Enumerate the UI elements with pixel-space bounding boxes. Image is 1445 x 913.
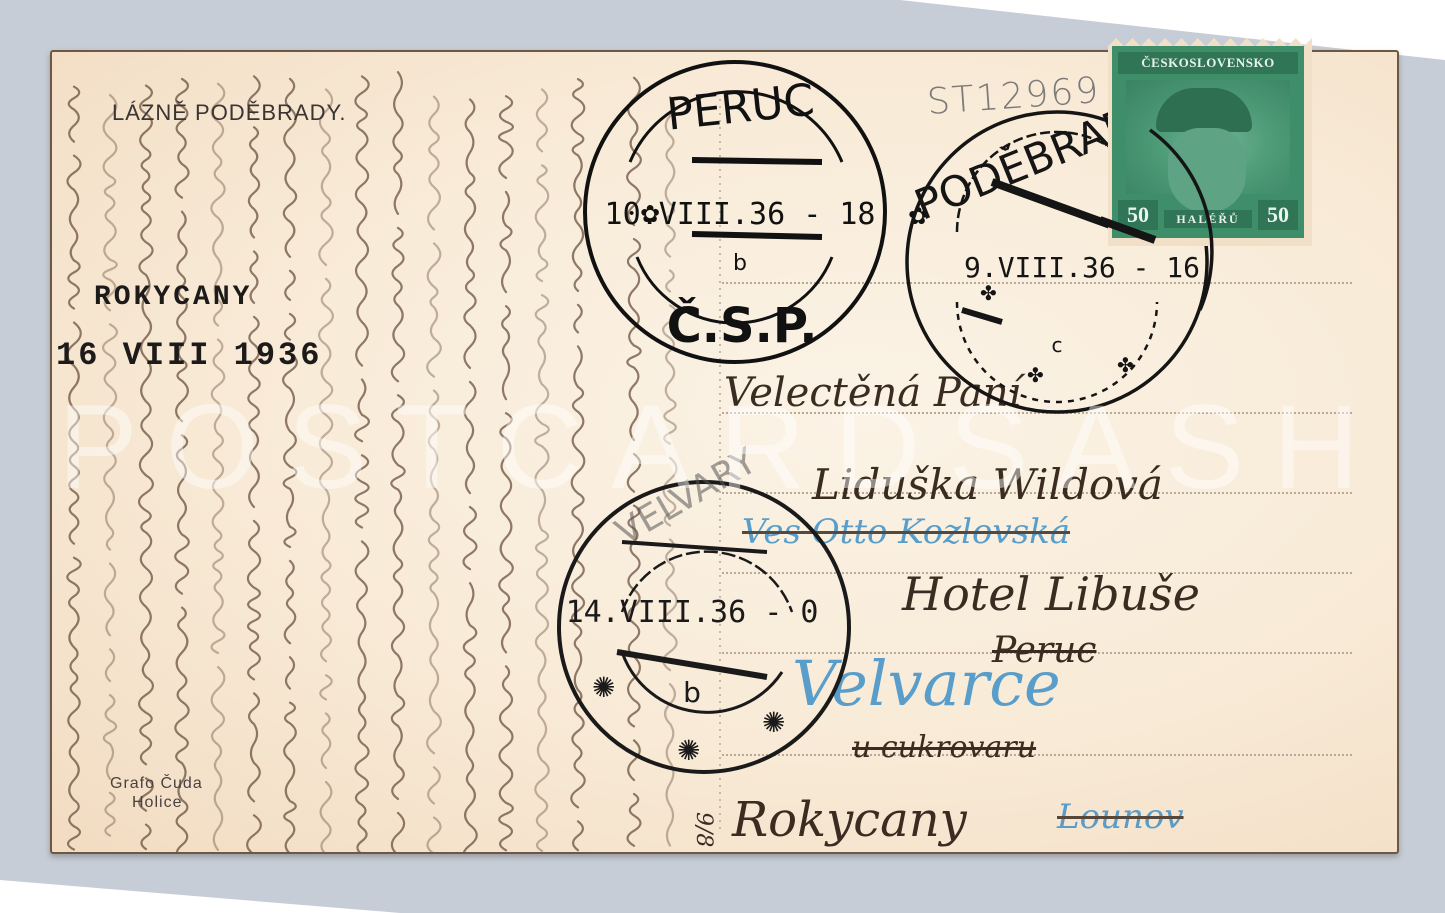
postage-stamp: ČESKOSLOVENSKO 50 HALÉŘŮ 50 (1112, 46, 1304, 238)
address-struck-city: Lounov (1057, 797, 1184, 837)
address-struck-line: Ves Otto Kozlovská (742, 512, 1070, 552)
address-struck-town: Peruc (992, 630, 1096, 671)
typed-receiving-date: 16 VIII 1936 (56, 337, 322, 374)
watermark: POSTCARDSASH (0, 378, 1445, 516)
stamp-value-right: 50 (1258, 200, 1298, 230)
stamp-unit: HALÉŘŮ (1164, 210, 1252, 228)
address-hotel: Hotel Libuše (902, 567, 1200, 621)
stamp-portrait-face (1168, 128, 1246, 212)
address-city: Rokycany (732, 792, 967, 848)
card-title: LÁZNĚ PODĚBRADY. (112, 100, 346, 126)
publisher-name: Grafo Čuda (110, 774, 203, 793)
stamp-value-left: 50 (1118, 200, 1158, 230)
publisher-imprint: Grafo Čuda Holice (110, 774, 203, 812)
address-line (722, 282, 1352, 284)
publisher-town: Holice (110, 793, 203, 812)
stamp-country: ČESKOSLOVENSKO (1118, 52, 1298, 74)
address-line (722, 754, 1352, 756)
typed-receiving-town: ROKYCANY (94, 282, 252, 313)
address-street: u cukrovaru (852, 730, 1036, 765)
